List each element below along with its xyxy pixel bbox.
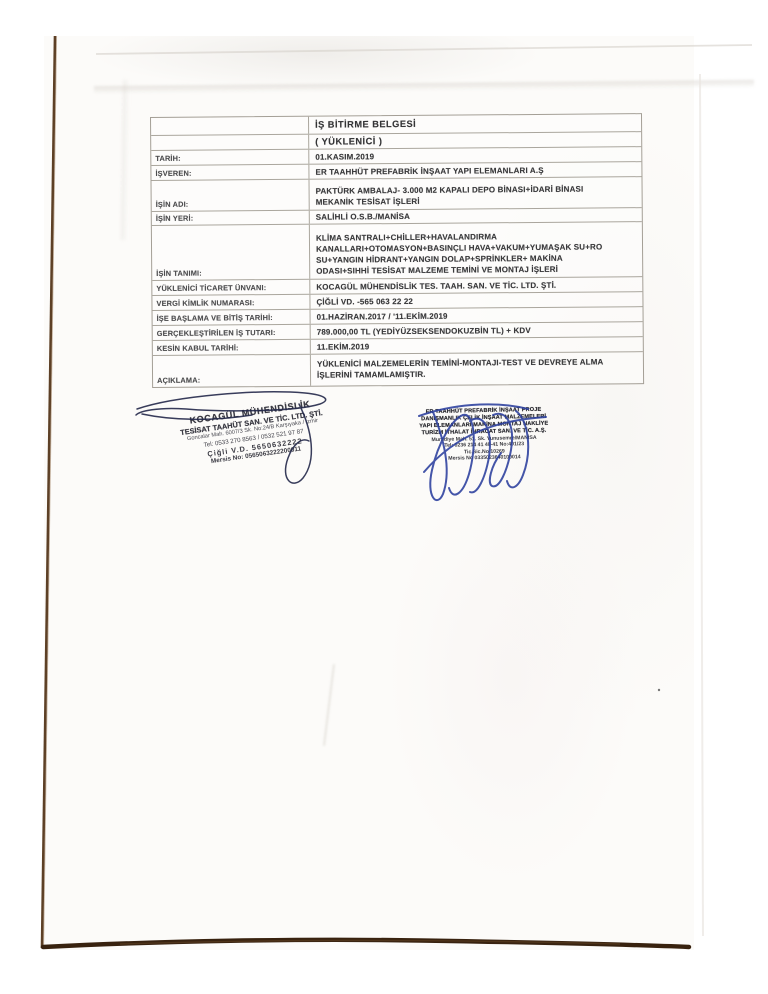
paper-shadow bbox=[121, 80, 129, 240]
row-label: KESİN KABUL TARİHİ: bbox=[153, 340, 311, 355]
row-label: TARİH: bbox=[151, 150, 309, 165]
document-subtitle: ( YÜKLENİCİ ) bbox=[309, 132, 641, 149]
table-row-aciklama: AÇIKLAMA: YÜKLENİCİ MALZEMELERİN TEMİNİ-… bbox=[153, 351, 643, 387]
row-value: SALİHLİ O.S.B./MANİSA bbox=[310, 208, 642, 224]
row-value: YÜKLENİCİ MALZEMELERİN TEMİNİ-MONTAJI-TE… bbox=[311, 352, 643, 386]
document-title: İŞ BİTİRME BELGESİ bbox=[309, 114, 641, 134]
row-value: PAKTÜRK AMBALAJ- 3.000 M2 KAPALI DEPO Bİ… bbox=[309, 177, 641, 210]
row-value: 01.HAZİRAN.2017 / '11.EKİM.2019 bbox=[311, 307, 643, 324]
row-value: 789.000,00 TL (YEDİYÜZSEKSENDOKUZBİN TL)… bbox=[311, 322, 643, 339]
row-label: YÜKLENİCİ TİCARET ÜNVANI: bbox=[152, 280, 310, 295]
row-label: AÇIKLAMA: bbox=[153, 355, 311, 387]
row-label: İŞVEREN: bbox=[151, 165, 309, 180]
row-label: İŞİN YERİ: bbox=[152, 211, 310, 225]
row-value: KLİMA SANTRALI+CHİLLER+HAVALANDIRMA KANA… bbox=[310, 222, 642, 279]
paper-right-edge bbox=[700, 74, 703, 936]
value-line: MEKANİK TESİSAT İŞLERİ bbox=[316, 196, 420, 208]
row-label: GERÇEKLEŞTİRİLEN İŞ TUTARI: bbox=[153, 325, 311, 340]
employer-stamp: ER TAAHHÜT PREFABRİK İNŞAAT PROJE DANIŞM… bbox=[393, 406, 574, 464]
empty-label-cell bbox=[151, 117, 309, 135]
row-label: İŞİN ADI: bbox=[152, 180, 310, 211]
row-label: VERGİ KİMLİK NUMARASI: bbox=[152, 295, 310, 310]
paper-crease-top bbox=[94, 80, 754, 93]
value-line: ODASI+SIHHİ TESİSAT MALZEME TEMİNİ VE MO… bbox=[316, 264, 558, 277]
value-line: YÜKLENİCİ MALZEMELERİN TEMİNİ-MONTAJI-TE… bbox=[317, 356, 604, 369]
row-label: İŞE BAŞLAMA VE BİTİŞ TARİHİ: bbox=[153, 310, 311, 325]
value-line: İŞLERİNİ TAMAMLAMIŞTIR. bbox=[317, 368, 426, 380]
row-value: KOCAGÜL MÜHENDİSLİK TES. TAAH. SAN. VE T… bbox=[310, 277, 642, 294]
table-row-isin-tanimi: İŞİN TANIMI: KLİMA SANTRALI+CHİLLER+HAVA… bbox=[152, 221, 642, 280]
certificate-table: İŞ BİTİRME BELGESİ ( YÜKLENİCİ ) TARİH: … bbox=[150, 113, 644, 388]
paper-crease-middle bbox=[323, 664, 335, 746]
value-line: PAKTÜRK AMBALAJ- 3.000 M2 KAPALI DEPO Bİ… bbox=[316, 184, 584, 197]
row-label: İŞİN TANIMI: bbox=[152, 225, 310, 280]
row-value: ÇİĞLİ VD. -565 063 22 22 bbox=[310, 292, 642, 309]
row-value: 11.EKİM.2019 bbox=[311, 337, 643, 354]
table-row-isin-adi: İŞİN ADI: PAKTÜRK AMBALAJ- 3.000 M2 KAPA… bbox=[151, 176, 641, 211]
row-value: ER TAAHHÜT PREFABRİK İNŞAAT YAPI ELEMANL… bbox=[309, 162, 641, 179]
row-value: 01.KASIM.2019 bbox=[309, 147, 641, 164]
empty-label-cell bbox=[151, 135, 309, 150]
